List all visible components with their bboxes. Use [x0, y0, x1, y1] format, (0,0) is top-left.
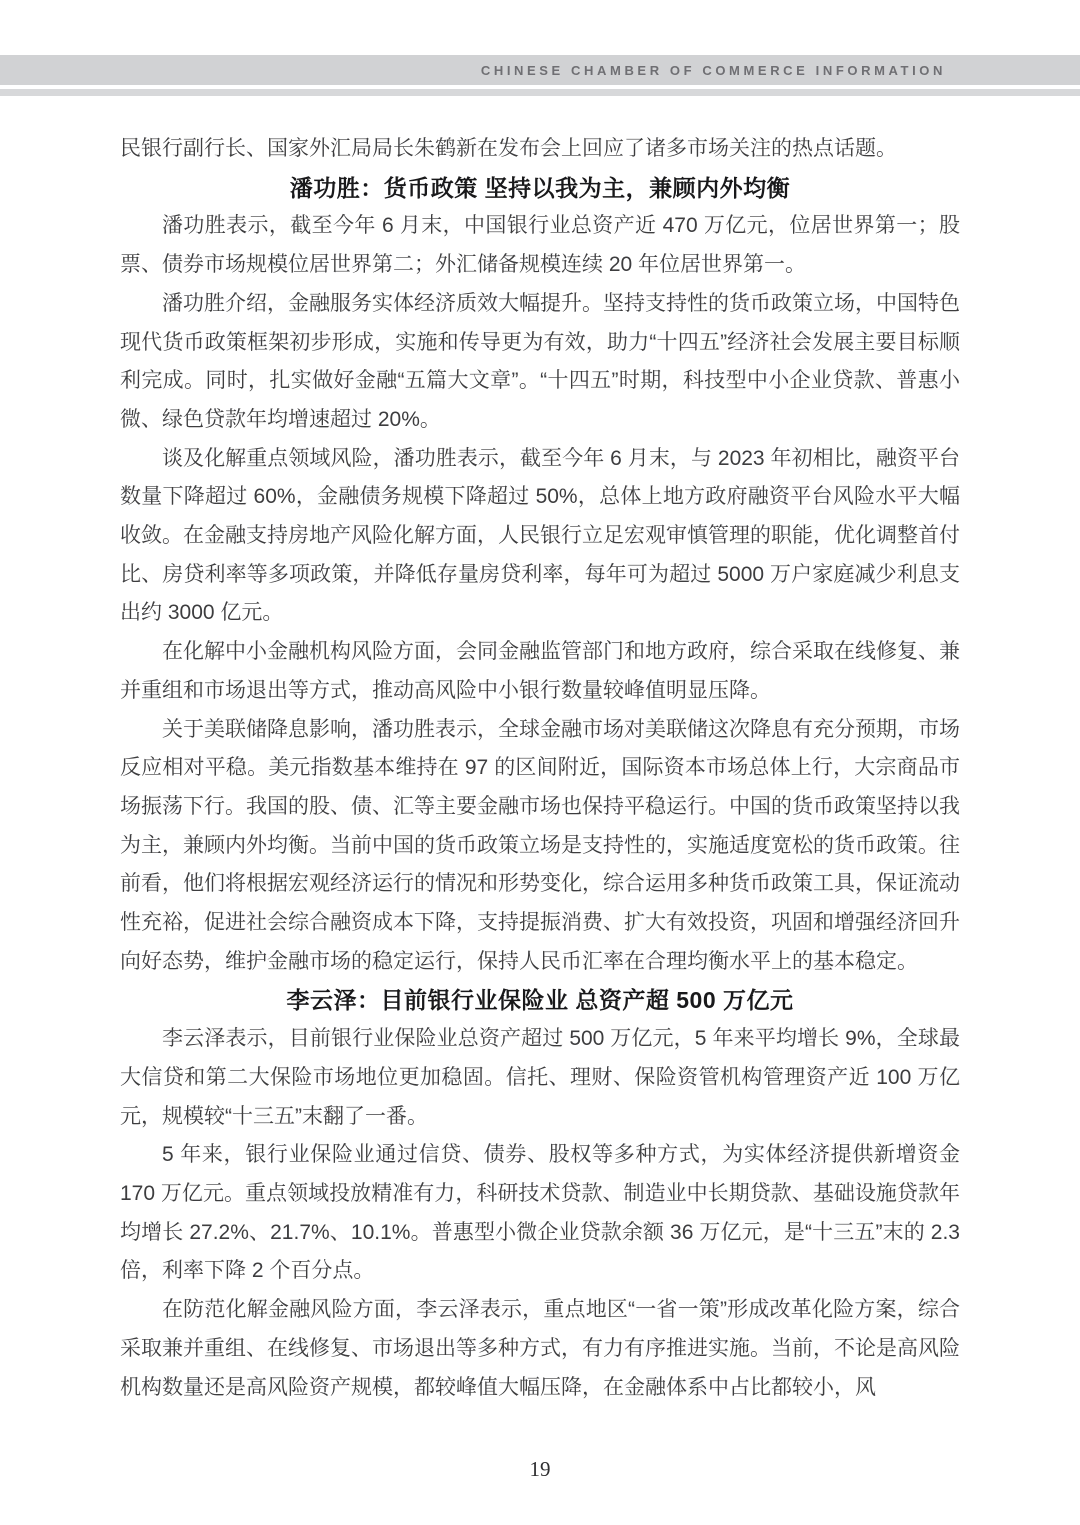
paragraph: 5 年来，银行业保险业通过信贷、债券、股权等多种方式，为实体经济提供新增资金 1… — [120, 1136, 960, 1291]
section-heading-pangongsheng: 潘功胜：货币政策 坚持以我为主，兼顾内外均衡 — [120, 169, 960, 208]
page-number: 19 — [0, 1455, 1080, 1483]
article-body: 民银行副行长、国家外汇局局长朱鹤新在发布会上回应了诸多市场关注的热点话题。 潘功… — [120, 130, 960, 1407]
paragraph: 谈及化解重点领域风险，潘功胜表示，截至今年 6 月末，与 2023 年初相比，融… — [120, 440, 960, 634]
paragraph-continuation: 民银行副行长、国家外汇局局长朱鹤新在发布会上回应了诸多市场关注的热点话题。 — [120, 130, 960, 169]
header-banner-divider — [0, 89, 1080, 96]
paragraph: 潘功胜介绍，金融服务实体经济质效大幅提升。坚持支持性的货币政策立场，中国特色现代… — [120, 285, 960, 440]
header-banner: CHINESE CHAMBER OF COMMERCE INFORMATION — [0, 55, 1080, 85]
section-heading-liyunze: 李云泽：目前银行业保险业 总资产超 500 万亿元 — [120, 981, 960, 1020]
paragraph: 李云泽表示，目前银行业保险业总资产超过 500 万亿元，5 年来平均增长 9%，… — [120, 1020, 960, 1136]
header-banner-text: CHINESE CHAMBER OF COMMERCE INFORMATION — [0, 55, 1080, 85]
paragraph: 在化解中小金融机构风险方面，会同金融监管部门和地方政府，综合采取在线修复、兼并重… — [120, 633, 960, 710]
paragraph: 在防范化解金融风险方面，李云泽表示，重点地区“一省一策”形成改革化险方案，综合采… — [120, 1291, 960, 1407]
paragraph: 潘功胜表示，截至今年 6 月末，中国银行业总资产近 470 万亿元，位居世界第一… — [120, 207, 960, 284]
paragraph: 关于美联储降息影响，潘功胜表示，全球金融市场对美联储这次降息有充分预期，市场反应… — [120, 711, 960, 982]
